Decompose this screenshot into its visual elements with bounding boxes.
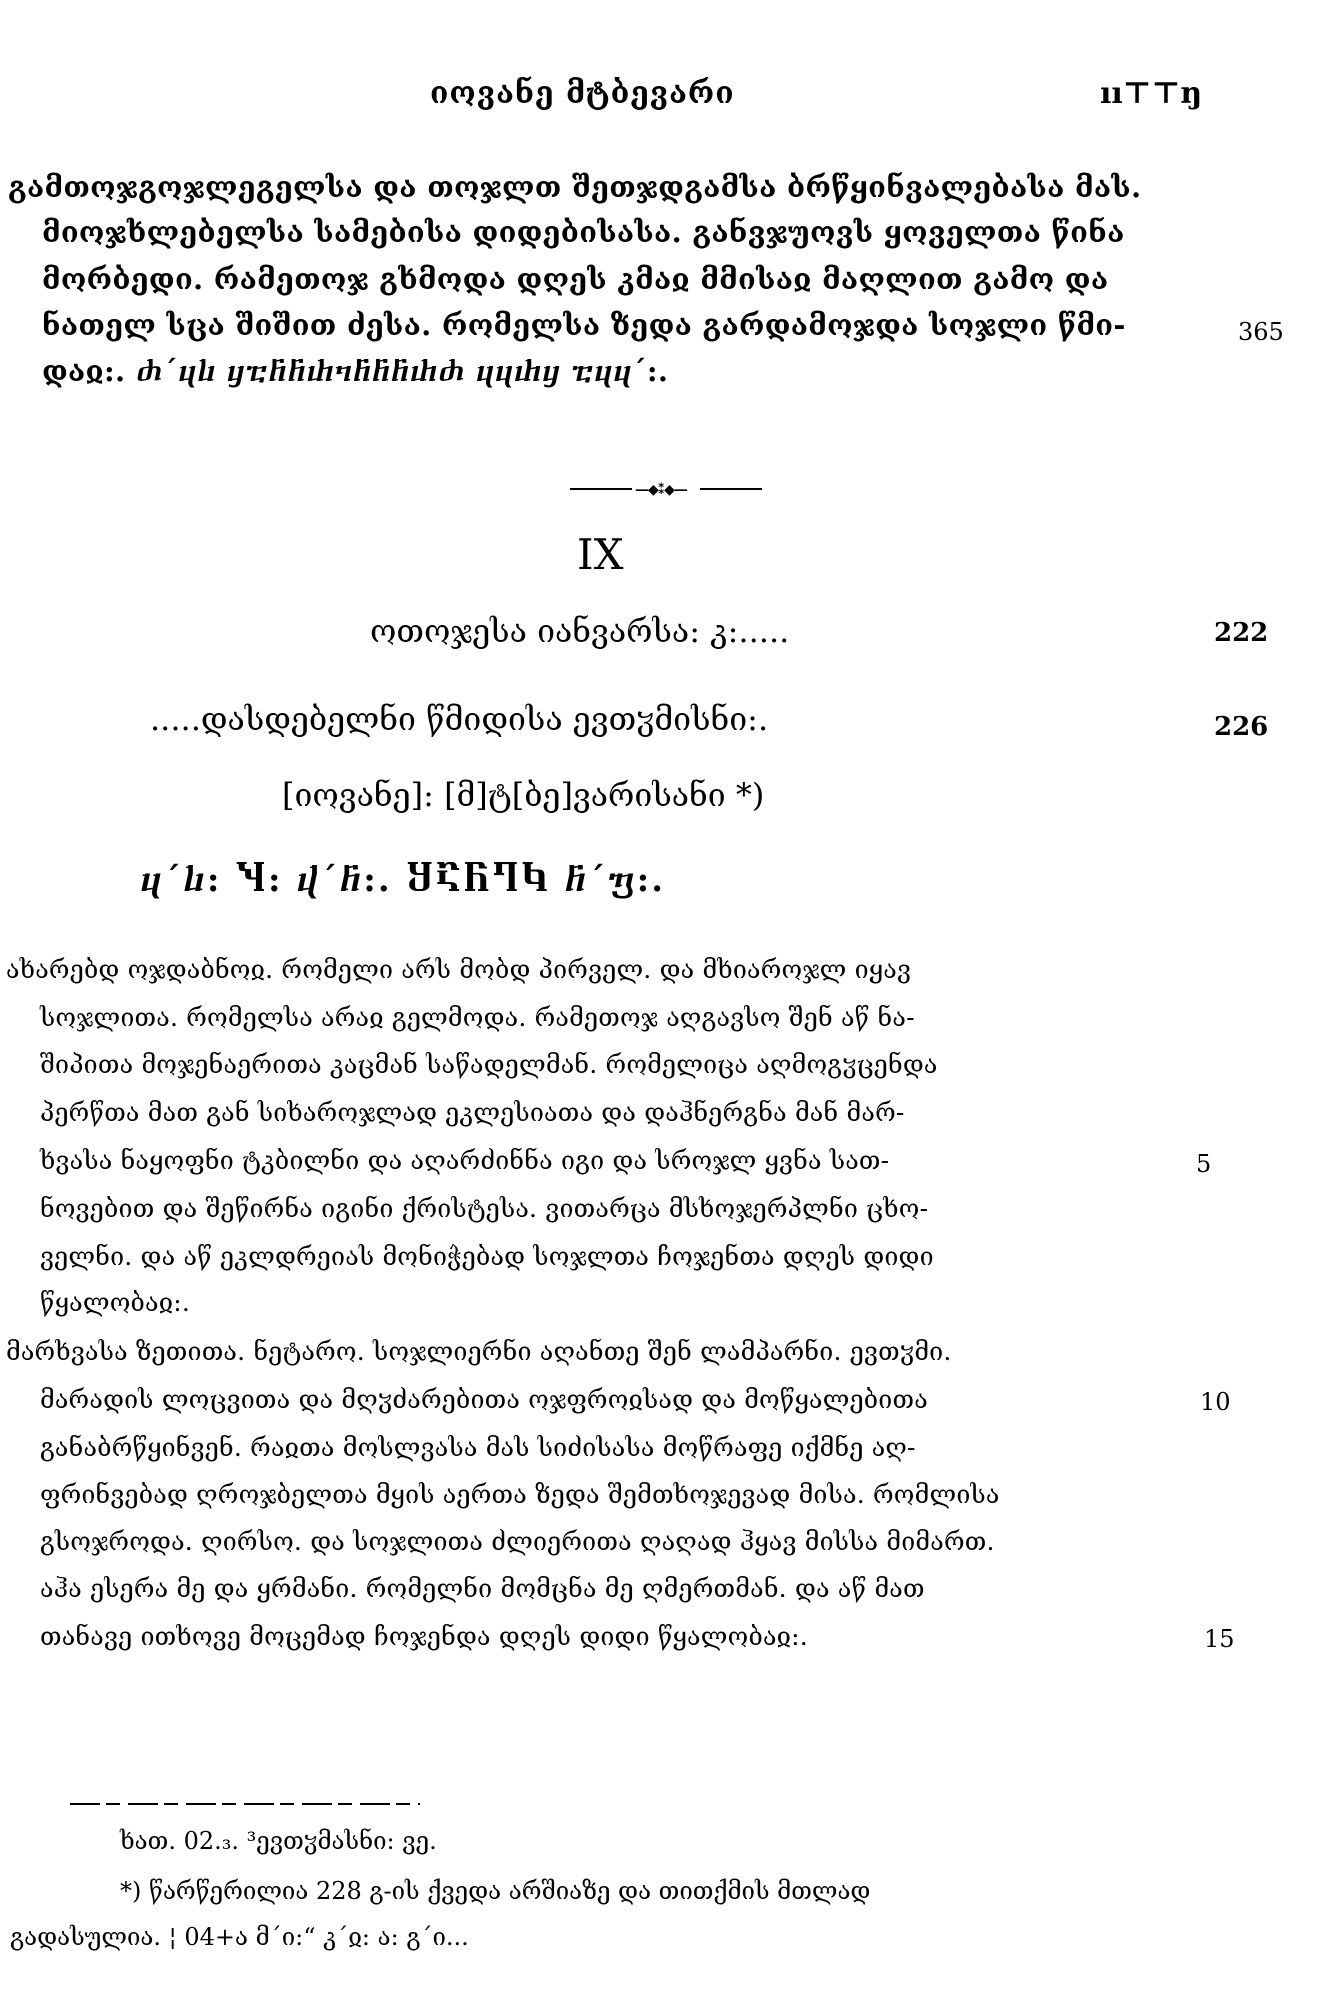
- text-line: მიოჯხლებელსა სამებისა დიდებისასა. განვჯუ…: [42, 215, 1125, 249]
- section-ornament: —◆⁑◆—: [570, 482, 770, 496]
- text-line: ნათელ სცა შიშით ძესა. რომელსა ზედა გარდა…: [42, 308, 1126, 342]
- body-line: ნოვებით და შეწირნა იგინი ქრისტესა. ვითარ…: [40, 1194, 928, 1223]
- manuscript-ref: 226: [1214, 712, 1268, 742]
- footnote-rule: [70, 1803, 420, 1805]
- ornament-rule-right: [700, 488, 762, 490]
- running-head: იოვანე მტბევარი: [430, 76, 735, 111]
- body-line: პერწთა მათ გან სიხაროჯლად ეკლესიათა და დ…: [40, 1098, 905, 1127]
- body-line: წყალობაჲ:.: [40, 1288, 190, 1317]
- body-line: გსოჯროდა. ღირსო. და სოჯლითა ძლიერითა ღაღ…: [40, 1527, 995, 1556]
- body-line: მარხვასა ზეთითა. ნეტარო. სოჯლიერნი აღანთ…: [6, 1337, 952, 1366]
- body-line: განაბრწყინვენ. რაჲთა მოსლვასა მას სიძისა…: [40, 1433, 916, 1462]
- body-line: ველნი. და აწ ეკლდრეიას მონიჭებად სოჯლთა …: [40, 1242, 934, 1271]
- margin-line-number: 10: [1200, 1388, 1231, 1416]
- body-line: ხვასა ნაყოფნი ტკბილნი და აღარძინნა იგი დ…: [40, 1146, 889, 1175]
- body-line: თანავე ითხოვე მოცემად ჩოჯენდა დღეს დიდი …: [40, 1622, 808, 1651]
- section-title-line: .....დასდებელნი წმიდისა ევთჳმისნი:.: [150, 700, 768, 738]
- ornament-rule-left: [570, 488, 632, 490]
- margin-line-number: 15: [1204, 1625, 1235, 1653]
- margin-line-number: 5: [1196, 1150, 1211, 1178]
- body-line: მარადის ლოცვითა და მღჳძარებითა ოჯფროჲსად…: [40, 1385, 928, 1414]
- footnote-text: გადასულია. ¦ 04+ა მ´ი:“ კ´ჲ: ა: გ´ი...: [10, 1923, 469, 1951]
- body-line: სოჯლითა. რომელსა არაჲ გელმოდა. რამეთოჯ ა…: [40, 1003, 915, 1032]
- folio-number: ıı⊤⊤ŋ: [1100, 76, 1202, 111]
- text-line: გამთოჯგოჯლეგელსა და თოჯლთ შეთჯდგამსა ბრწ…: [8, 170, 1141, 204]
- text-line: მორბედი. რამეთოჯ გხმოდა დღეს კმაჲ მმისაჲ…: [42, 262, 1108, 296]
- section-number: IX: [577, 530, 624, 579]
- section-title-line: ოთოჯესა იანვარსა: კ:.....: [370, 612, 789, 650]
- critical-apparatus: ხათ. 02.₃. ³ევთჳმასნი: ვე.: [120, 1827, 437, 1855]
- incipit-line: ⴗ´ⴑ: Ⴏ: ⴣ´ⴌ:. ႸႠႬႤႩ ⴌ´ⴂ:.: [140, 860, 665, 900]
- footnote-text: *) წარწერილია 228 გ-ის ქვედა არშიაზე და …: [120, 1877, 870, 1905]
- ornament-flourish: —◆⁑◆—: [635, 482, 687, 498]
- section-title-line: [იოვანე]: [მ]ტ[ბე]ვარისანი *): [282, 776, 764, 814]
- body-line: აჰა ესერა მე და ყრმანი. რომელნი მომცნა მ…: [40, 1574, 925, 1603]
- body-line: ახარებდ ოჯდაბნოჲ. რომელი არს მობდ პირველ…: [6, 955, 911, 984]
- text-line: დაჲ:. ⴛ´ⴗⴑ ⴘⴀⴌⴌⴐⴈⴌⴌⴌⴐⴛ ⴗⴗⴐⴘ ⴀⴗⴗ´:.: [42, 354, 668, 388]
- body-line: შიპითა მოჯენაერითა კაცმან საწადელმან. რო…: [40, 1050, 938, 1079]
- manuscript-ref: 222: [1214, 618, 1268, 648]
- body-line: ფრინვებად ღროჯბელთა მყის აერთა ზედა შემთ…: [40, 1480, 1000, 1509]
- margin-line-number: 365: [1238, 318, 1284, 346]
